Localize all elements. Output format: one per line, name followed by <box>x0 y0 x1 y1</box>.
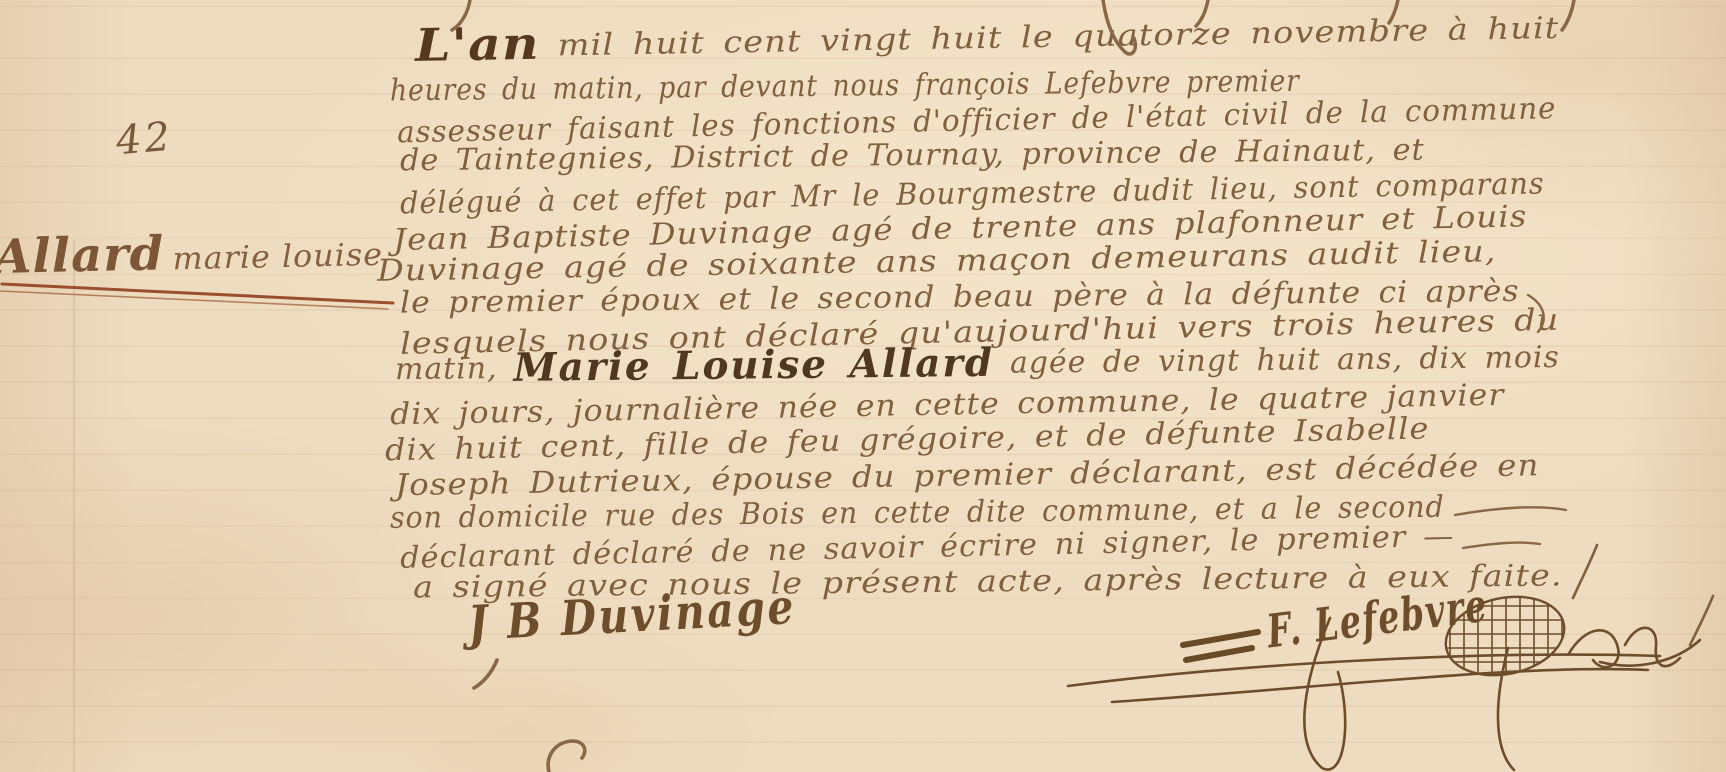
margin-surname: Allard <box>0 226 165 285</box>
deceased-name: Marie Louise Allard <box>513 340 994 391</box>
manuscript-page: 42 Allardmarie louise L'anmil huit cent … <box>0 0 1726 772</box>
entry-number: 42 <box>114 114 175 165</box>
record-body: L'anmil huit cent vingt huit le quatorze… <box>385 0 1726 772</box>
margin-name-underline <box>0 284 393 309</box>
margin-given-names: marie louise <box>172 237 383 277</box>
opening-word: L'an <box>415 17 541 72</box>
margin-name: Allardmarie louise <box>0 222 374 285</box>
record-line: L'anmil huit cent vingt huit le quatorze… <box>415 11 1438 65</box>
